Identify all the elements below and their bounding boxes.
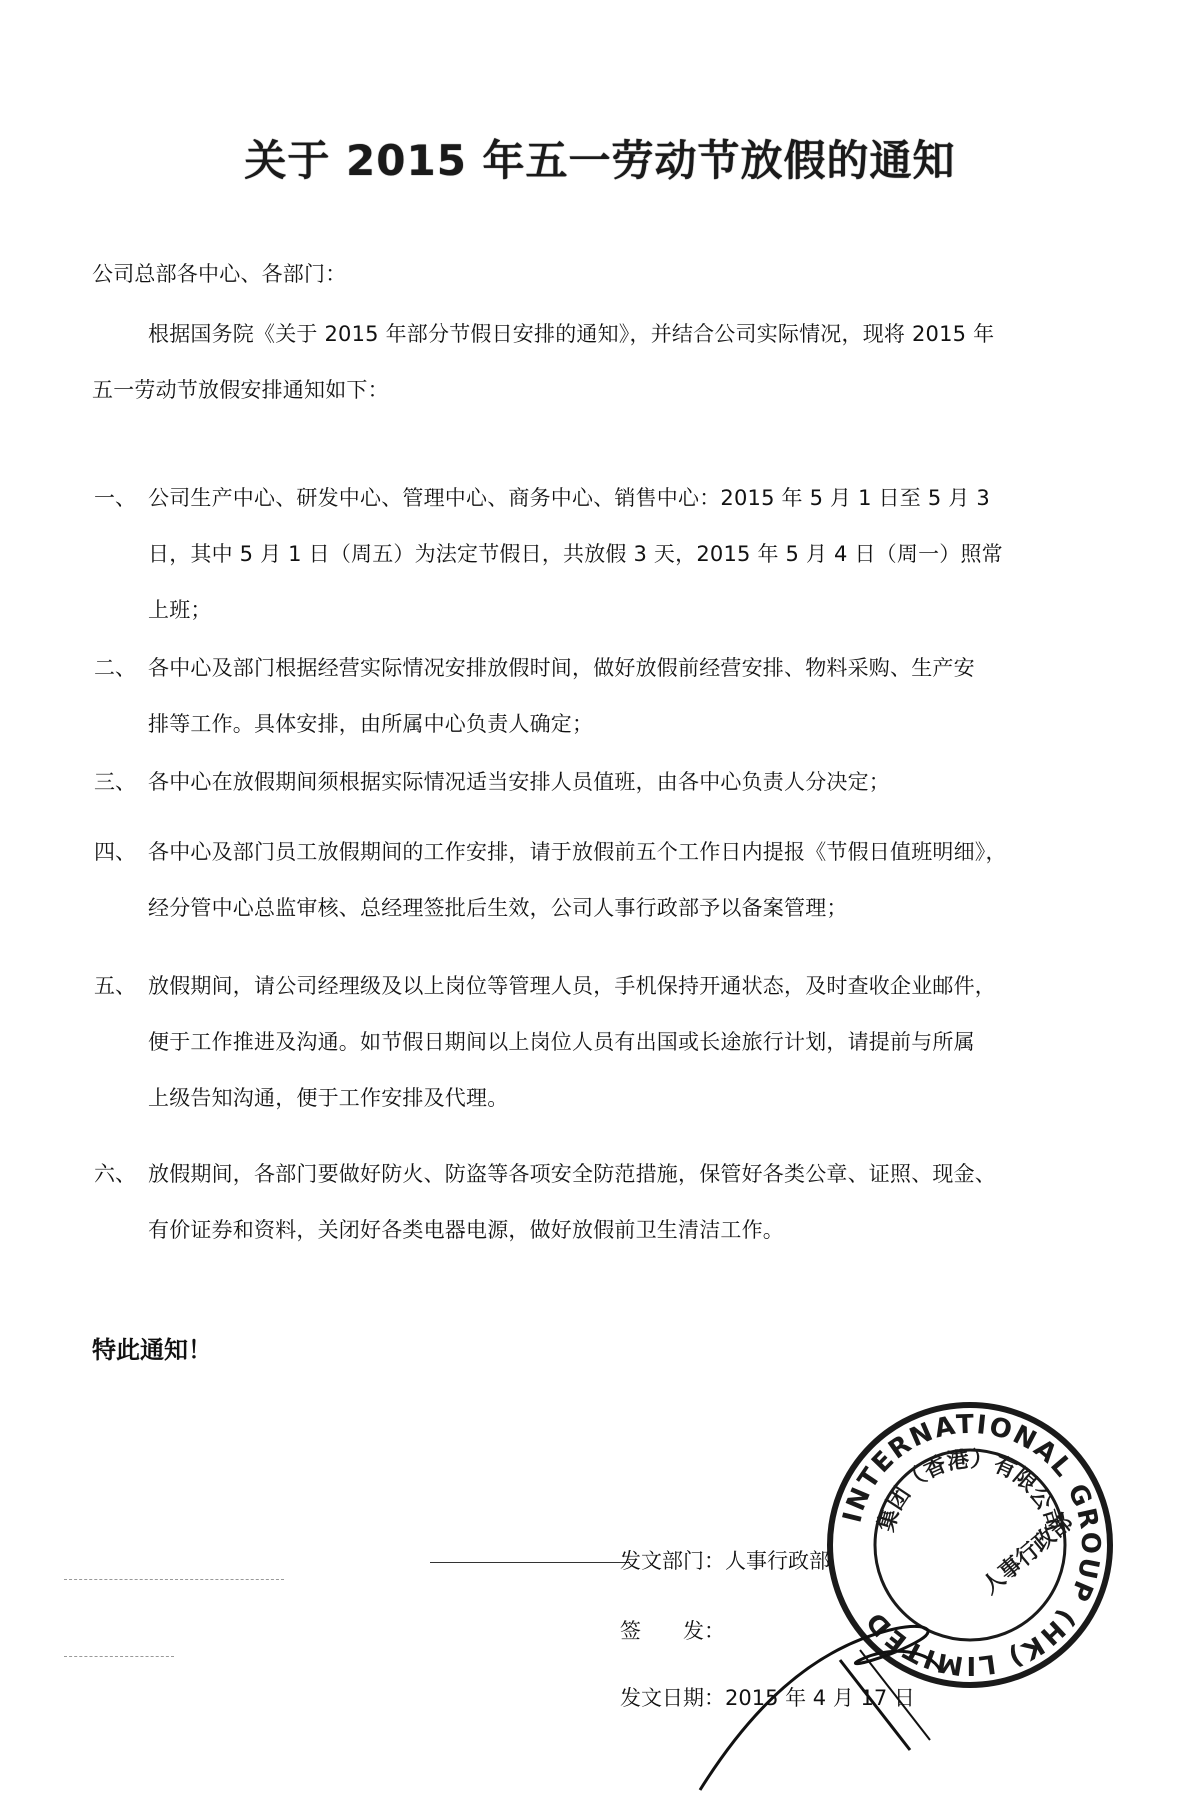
item-2-line-2: 排等工作。具体安排，由所属中心负责人确定； [148,708,593,738]
item-1-line-3: 上班； [148,594,212,624]
item-1-line-1: 公司生产中心、研发中心、管理中心、商务中心、销售中心：2015 年 5 月 1 … [148,482,990,512]
item-5-line-3: 上级告知沟通，便于工作安排及代理。 [148,1082,508,1112]
item-4-number: 四、 [94,836,136,866]
item-5-line-2: 便于工作推进及沟通。如节假日期间以上岗位人员有出国或长途旅行计划，请提前与所属 [148,1026,975,1056]
intro-line-1: 根据国务院《关于 2015 年部分节假日安排的通知》，并结合公司实际情况，现将 … [148,318,994,348]
scan-line [430,1562,630,1563]
svg-text:人事行政部: 人事行政部 [977,1509,1078,1600]
item-2-line-1: 各中心及部门根据经营实际情况安排放假时间，做好放假前经营安排、物料采购、生产安 [148,652,975,682]
item-3-number: 三、 [94,766,136,796]
item-1-number: 一、 [94,482,136,512]
item-6-number: 六、 [94,1158,136,1188]
document-title: 关于 2015 年五一劳动节放假的通知 [0,128,1200,188]
intro-line-2: 五一劳动节放假安排通知如下： [92,374,389,404]
item-3-line-1: 各中心在放假期间须根据实际情况适当安排人员值班，由各中心负责人分决定； [148,766,890,796]
salutation: 公司总部各中心、各部门： [92,258,346,288]
item-5-line-1: 放假期间，请公司经理级及以上岗位等管理人员，手机保持开通状态，及时查收企业邮件， [148,970,996,1000]
item-6-line-2: 有价证券和资料，关闭好各类电器电源，做好放假前卫生清洁工作。 [148,1214,784,1244]
handwritten-signature-icon [690,1500,990,1800]
item-2-number: 二、 [94,652,136,682]
item-6-line-1: 放假期间，各部门要做好防火、防盗等各项安全防范措施，保管好各类公章、证照、现金、 [148,1158,996,1188]
document-page: 关于 2015 年五一劳动节放假的通知 公司总部各中心、各部门： 根据国务院《关… [0,0,1200,1800]
scan-line [64,1656,174,1657]
item-1-line-2: 日，其中 5 月 1 日（周五）为法定节假日，共放假 3 天，2015 年 5 … [148,538,1003,568]
item-5-number: 五、 [94,970,136,1000]
item-4-line-2: 经分管中心总监审核、总经理签批后生效，公司人事行政部予以备案管理； [148,892,848,922]
closing-text: 特此通知！ [92,1330,212,1365]
item-4-line-1: 各中心及部门员工放假期间的工作安排，请于放假前五个工作日内提报《节假日值班明细》… [148,836,1007,866]
scan-line [64,1579,284,1580]
